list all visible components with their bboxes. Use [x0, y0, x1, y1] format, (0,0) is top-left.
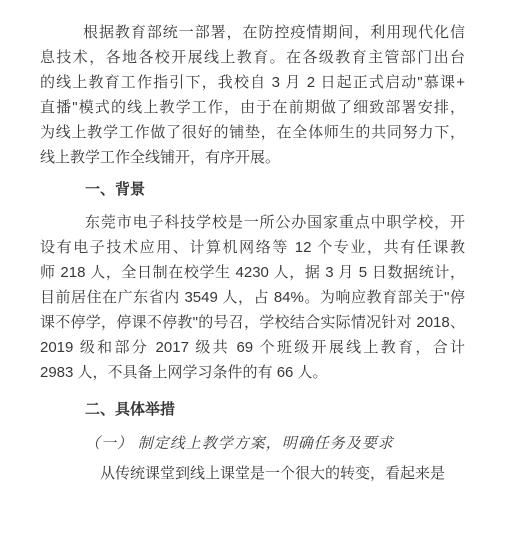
subsection-heading-teaching-plan: （一） 制定线上教学方案，明确任务及要求	[40, 432, 465, 457]
paragraph-line: 直播"模式的线上教学工作，由于在前期做了细致部署安排，	[40, 95, 465, 120]
paragraph-line: 的线上教育工作指引下，我校自 3 月 2 日起正式启动"慕课+	[40, 70, 465, 95]
paragraph-line: 课不停学，停课不停教"的号召，学校结合实际情况针对 2018、	[40, 310, 465, 335]
paragraph-line: 从传统课堂到线上课堂是一个很大的转变，看起来是	[40, 461, 465, 486]
paragraph-line: 线上教学工作全线铺开，有序开展。	[40, 145, 465, 170]
paragraph-line: 东莞市电子科技学校是一所公办国家重点中职学校，开	[40, 210, 465, 235]
paragraph-line: 目前居住在广东省内 3549 人，占 84%。为响应教育部关于"停	[40, 285, 465, 310]
paragraph-line: 息技术，各地各校开展线上教育。在各级教育主管部门出台	[40, 45, 465, 70]
document-text-column: 根据教育部统一部署，在防控疫情期间，利用现代化信 息技术，各地各校开展线上教育。…	[40, 20, 465, 486]
paragraph-school-background: 东莞市电子科技学校是一所公办国家重点中职学校，开 设有电子技术应用、计算机网络等…	[40, 210, 465, 385]
paragraph-line: 根据教育部统一部署，在防控疫情期间，利用现代化信	[40, 20, 465, 45]
section-heading-background: 一、背景	[40, 177, 465, 202]
paragraph-line: 2983 人，不具备上网学习条件的有 66 人。	[40, 360, 465, 385]
section-heading-measures: 二、具体举措	[40, 397, 465, 422]
paragraph-transition: 从传统课堂到线上课堂是一个很大的转变，看起来是	[40, 461, 465, 486]
paragraph-line: 为线上教学工作做了很好的铺垫，在全体师生的共同努力下，	[40, 120, 465, 145]
paragraph-line: 设有电子技术应用、计算机网络等 12 个专业，共有任课教	[40, 235, 465, 260]
paragraph-intro: 根据教育部统一部署，在防控疫情期间，利用现代化信 息技术，各地各校开展线上教育。…	[40, 20, 465, 170]
paragraph-line: 师 218 人，全日制在校学生 4230 人，据 3 月 5 日数据统计，	[40, 260, 465, 285]
paragraph-line: 2019 级和部分 2017 级共 69 个班级开展线上教育，合计	[40, 335, 465, 360]
document-page: 根据教育部统一部署，在防控疫情期间，利用现代化信 息技术，各地各校开展线上教育。…	[0, 0, 509, 539]
